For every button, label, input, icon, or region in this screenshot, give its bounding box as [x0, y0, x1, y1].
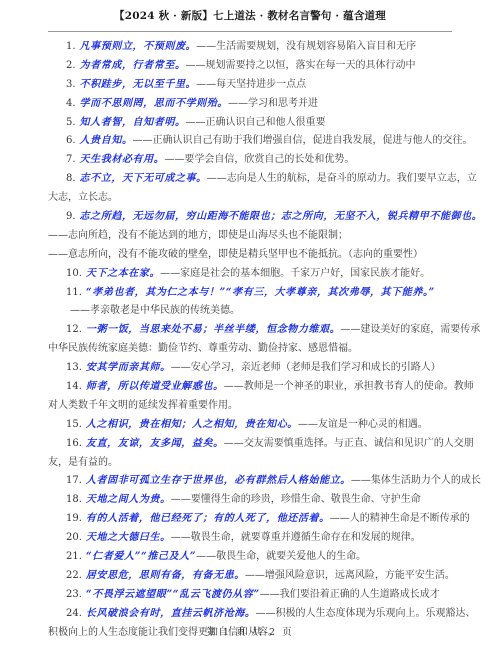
list-item: 10.天下之本在家。——家庭是社会的基本细胞。千家万户好，国家民族才能好。 [48, 265, 452, 284]
explanation-text: ——积极的人生态度体现为乐观向上。乐观豁达、 [256, 608, 476, 619]
quote-text: 长风破浪会有时，直挂云帆济沧海。 [86, 608, 256, 619]
explanation-text: ——建设美好的家庭，需要传承 [340, 324, 480, 335]
explanation-text: ——人的精神生命是不断传承的 [330, 513, 470, 524]
explanation-continuation: 友，是有益的。 [48, 454, 452, 473]
explanation-subline: ——志向所趋，没有不能达到的地方，即使是山海尽头也不能限制； [48, 227, 452, 246]
list-item: 8.志不立，天下无可成之事。——志向是人生的航标，是奋斗的原动力。我们要早立志，… [48, 170, 452, 189]
list-item: 6.人贵自知。——正确认识自己有助于我们增强自信，促进自我发展，促进与他人的交往… [48, 132, 452, 151]
item-number: 8. [66, 173, 76, 184]
list-item: 24.长风破浪会有时，直挂云帆济沧海。——积极的人生态度体现为乐观向上。乐观豁达… [48, 605, 452, 624]
quote-text: 天地之间人为贵。 [86, 494, 171, 505]
quote-text: 学而不思则罔，思而不学则殆。 [80, 98, 228, 109]
explanation-text: ——学习和思考并进 [228, 98, 318, 109]
list-item: 22.居安思危，思则有备，有备无患。——增强风险意识，远离风险，方能平安生活。 [48, 567, 452, 586]
page-number: 第 1 页 共 2 页 [0, 624, 500, 638]
quote-list: 1.凡事预则立，不预则废。——生活需要规划，没有规划容易陷入盲目和无序2.为者常… [48, 38, 452, 643]
explanation-text: ——安心学习，亲近老师（老师是我们学习和成长的引路人） [171, 362, 441, 373]
explanation-text: ——敬畏生命，就要关爱他人的生命。 [196, 551, 366, 562]
list-item: 3.不积跬步，无以至千里。——每天坚持进步一点点 [48, 76, 452, 95]
explanation-text: ——我们要沿着正确的人生道路成长成才 [260, 589, 440, 600]
explanation-continuation: 中华民族传统家庭美德：勤俭节约、尊重劳动、勤俭持家、感恩惜福。 [48, 340, 452, 359]
item-number: 14. [66, 381, 82, 392]
quote-text: 有的人活着，他已经死了；有的人死了，他还活着。 [86, 513, 330, 524]
quote-text: 天下之本在家。 [86, 268, 160, 279]
explanation-text: ——敬畏生命，就要尊重并遵循生命存在和发展的规律。 [171, 532, 421, 543]
explanation-text: ——正确认识自己和他人很重要 [186, 117, 326, 128]
list-item: 12.一粥一饭，当思来处不易；半丝半缕，恒念物力维艰。——建设美好的家庭，需要传… [48, 321, 452, 340]
item-number: 19. [66, 513, 82, 524]
list-item: 17.人者固非可孤立生存于世界也，必有群然后人格始能立。——集体生活助力个人的成… [48, 472, 452, 491]
item-number: 20. [66, 532, 82, 543]
item-number: 10. [66, 268, 82, 279]
item-number: 13. [66, 362, 82, 373]
list-item: 7.天生我材必有用。——要学会自信，欣赏自己的长处和优势。 [48, 151, 452, 170]
list-item: 19.有的人活着，他已经死了；有的人死了，他还活着。——人的精神生命是不断传承的 [48, 510, 452, 529]
explanation-text: ——家庭是社会的基本细胞。千家万户好，国家民族才能好。 [160, 268, 430, 279]
header-divider [48, 31, 452, 32]
quote-text: 人者固非可孤立生存于世界也，必有群然后人格始能立。 [86, 475, 351, 486]
explanation-continuation: 大志，立长志。 [48, 189, 452, 208]
item-number: 3. [66, 79, 76, 90]
item-number: 15. [66, 419, 82, 430]
quote-text: “仁者爱人”“推己及人” [86, 551, 196, 562]
list-item: 21.“仁者爱人”“推己及人”——敬畏生命，就要关爱他人的生命。 [48, 548, 452, 567]
quote-text: “孝弟也者，其为仁之本与！”“孝有三，大孝尊亲，其次弗辱，其下能养。” [86, 287, 435, 298]
item-number: 7. [66, 154, 76, 165]
list-item: 15.人之相识，贵在相知；人之相知，贵在知心。——友谊是一种心灵的相遇。 [48, 416, 452, 435]
quote-text: 居安思危，思则有备，有备无患。 [86, 570, 245, 581]
quote-text: 知人者智，自知者明。 [80, 117, 186, 128]
explanation-text: ——规划需要持之以恒，落实在每一天的具体行动中 [186, 60, 416, 71]
item-number: 18. [66, 494, 82, 505]
explanation-text: ——志向是人生的航标，是奋斗的原动力。我们要早立志，立 [207, 173, 477, 184]
quote-text: 安其学而亲其师。 [86, 362, 171, 373]
item-number: 9. [66, 211, 76, 222]
explanation-subline: ——孝亲敬老是中华民族的传统美德。 [48, 302, 452, 321]
list-item: 16.友直，友谅，友多闻，益矣。——交友需要慎重选择。与正直、诚信和见识广的人交… [48, 435, 452, 454]
list-item: 4.学而不思则罔，思而不学则殆。——学习和思考并进 [48, 95, 452, 114]
quote-text: 凡事预则立，不预则废。 [80, 41, 197, 52]
explanation-text: ——要学会自信，欣赏自己的长处和优势。 [164, 154, 354, 165]
quote-text: 天地之大德曰生。 [86, 532, 171, 543]
item-number: 24. [66, 608, 82, 619]
quote-text: 一粥一饭，当思来处不易；半丝半缕，恒念物力维艰。 [86, 324, 340, 335]
list-item: 14.师者，所以传道受业解惑也。——教师是一个神圣的职业，承担教书育人的使命。教… [48, 378, 452, 397]
item-number: 17. [66, 475, 82, 486]
list-item: 5.知人者智，自知者明。——正确认识自己和他人很重要 [48, 114, 452, 133]
item-number: 21. [66, 551, 82, 562]
item-number: 5. [66, 117, 76, 128]
quote-text: 志不立，天下无可成之事。 [80, 173, 207, 184]
explanation-continuation: 对人类数千年文明的延续发挥着重要作用。 [48, 397, 452, 416]
list-item: 23.“不畏浮云遮望眼”“乱云飞渡仍从容”——我们要沿着正确的人生道路成长成才 [48, 586, 452, 605]
item-number: 6. [66, 135, 76, 146]
item-number: 11. [66, 287, 82, 298]
list-item: 18.天地之间人为贵。——要懂得生命的珍贵，珍惜生命、敬畏生命、守护生命 [48, 491, 452, 510]
explanation-text: ——要懂得生命的珍贵，珍惜生命、敬畏生命、守护生命 [171, 494, 421, 505]
explanation-text: ——交友需要慎重选择。与正直、诚信和见识广的人交朋 [224, 438, 474, 449]
quote-text: 人贵自知。 [80, 135, 133, 146]
list-item: 1.凡事预则立，不预则废。——生活需要规划，没有规划容易陷入盲目和无序 [48, 38, 452, 57]
item-number: 4. [66, 98, 76, 109]
quote-text: 天生我材必有用。 [80, 154, 165, 165]
item-number: 22. [66, 570, 82, 581]
explanation-text: ——集体生活助力个人的成长 [351, 475, 481, 486]
quote-text: “不畏浮云遮望眼”“乱云飞渡仍从容” [86, 589, 260, 600]
explanation-text: ——教师是一个神圣的职业，承担教书育人的使命。教师 [224, 381, 474, 392]
item-number: 16. [66, 438, 82, 449]
explanation-text: ——每天坚持进步一点点 [196, 79, 306, 90]
list-item: 9.志之所趋，无远勿届，穷山距海不能限也；志之所向，无坚不入，锐兵精甲不能御也。 [48, 208, 452, 227]
item-number: 2. [66, 60, 76, 71]
list-item: 2.为者常成，行者常至。——规划需要持之以恒，落实在每一天的具体行动中 [48, 57, 452, 76]
explanation-text: ——增强风险意识，远离风险，方能平安生活。 [245, 570, 455, 581]
explanation-subline: ——意志所向，没有不能攻破的壁垒，即使是精兵坚甲也不能抵抗。（志向的重要性） [48, 246, 452, 265]
item-number: 1. [66, 41, 76, 52]
explanation-text: ——生活需要规划，没有规划容易陷入盲目和无序 [196, 41, 416, 52]
quote-text: 志之所趋，无远勿届，穷山距海不能限也；志之所向，无坚不入，锐兵精甲不能御也。 [80, 211, 483, 222]
item-number: 23. [66, 589, 82, 600]
quote-text: 不积跬步，无以至千里。 [80, 79, 197, 90]
quote-text: 师者，所以传道受业解惑也。 [86, 381, 224, 392]
quote-text: 友直，友谅，友多闻，益矣。 [86, 438, 224, 449]
quote-text: 人之相识，贵在相知；人之相知，贵在知心。 [86, 419, 298, 430]
explanation-text: ——正确认识自己有助于我们增强自信，促进自我发展，促进与他人的交往。 [133, 135, 473, 146]
list-item: 11.“孝弟也者，其为仁之本与！”“孝有三，大孝尊亲，其次弗辱，其下能养。” [48, 284, 452, 303]
list-item: 13.安其学而亲其师。——安心学习，亲近老师（老师是我们学习和成长的引路人） [48, 359, 452, 378]
page-title: 【2024 秋 · 新版】七上道法 · 教材名言警句 · 蕴含道理 [0, 8, 500, 23]
quote-text: 为者常成，行者常至。 [80, 60, 186, 71]
explanation-text: ——友谊是一种心灵的相遇。 [298, 419, 428, 430]
list-item: 20.天地之大德曰生。——敬畏生命，就要尊重并遵循生命存在和发展的规律。 [48, 529, 452, 548]
item-number: 12. [66, 324, 82, 335]
